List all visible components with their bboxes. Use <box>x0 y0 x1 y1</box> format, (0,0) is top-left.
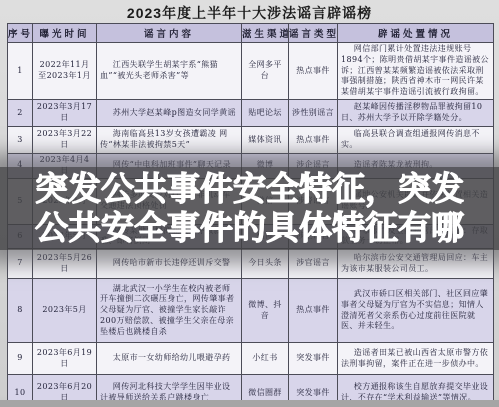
table-row: 82023年5月湖北武汉一小学生在校内被老师开车撞倒二次碾压身亡，网传肇事者父母… <box>8 279 494 343</box>
cell-type: 热点事件 <box>289 127 338 154</box>
photo-margin-bottom <box>0 400 499 407</box>
table-row: 22023年3月17日苏州大学赵某峰p图造女同学黄谣贴吧论坛涉性别谣言赵某峰因传… <box>8 100 494 127</box>
table-header: 序号曝光时间谣言内容滋生渠道谣言类型辟谣处置情况 <box>8 24 494 43</box>
cell-serial: 9 <box>8 343 33 375</box>
cell-channel: 微博、抖音 <box>242 279 289 343</box>
cell-channel: 贴吧论坛 <box>242 100 289 127</box>
cell-type: 涉性别谣言 <box>289 100 338 127</box>
cell-channel: 媒体资讯 <box>242 127 289 154</box>
cell-content: 网传哈市新市长违停还训斥交警 <box>97 249 242 279</box>
cell-type: 突发事件 <box>289 343 338 375</box>
banner-headline-line1: 突发公共事件安全特征，突发 <box>35 170 464 209</box>
column-header-action: 辟谣处置情况 <box>338 24 494 43</box>
cell-channel: 全网多平台 <box>242 43 289 100</box>
table-row: 32023年3月22日海南临高县13岁女孩遭霸凌 网传“林某非法被拘禁5天”媒体… <box>8 127 494 154</box>
cell-time: 2023年5月 <box>33 279 97 343</box>
column-header-channel: 滋生渠道 <box>242 24 289 43</box>
header-row: 序号曝光时间谣言内容滋生渠道谣言类型辟谣处置情况 <box>8 24 494 43</box>
cell-action: 造谣者田某已被山西省太原市警方依法刑事拘留，案件正在进一步侦办中。 <box>338 343 494 375</box>
cell-type: 热点事件 <box>289 279 338 343</box>
cell-time: 2022年11月至2023年1月 <box>33 43 97 100</box>
table-row: 92023年6月19日太原市一女幼师给幼儿喂避孕药小红书突发事件造谣者田某已被山… <box>8 343 494 375</box>
cell-serial: 2 <box>8 100 33 127</box>
cell-content: 太原市一女幼师给幼儿喂避孕药 <box>97 343 242 375</box>
overlay-banner: 突发公共事件安全特征，突发 公共安全事件的具体特征有哪 <box>0 167 499 250</box>
cell-action: 哈尔滨市公安交通管理局回应：车主为该市某服装公司员工。 <box>338 249 494 279</box>
cell-time: 2023年5月26日 <box>33 249 97 279</box>
screenshot-root: 2023年度上半年十大涉法谣言辟谣榜 序号曝光时间谣言内容滋生渠道谣言类型辟谣处… <box>0 0 499 407</box>
column-header-type: 谣言类型 <box>289 24 338 43</box>
column-header-content: 谣言内容 <box>97 24 242 43</box>
cell-serial: 8 <box>8 279 33 343</box>
cell-channel: 今日头条 <box>242 249 289 279</box>
cell-serial: 7 <box>8 249 33 279</box>
cell-type: 热点事件 <box>289 43 338 100</box>
cell-action: 赵某峰因传播淫秽物品罪被拘留10日、苏州大学予以开除学籍处分。 <box>338 100 494 127</box>
banner-headline-line2: 公共安全事件的具体特征有哪 <box>35 209 464 248</box>
cell-time: 2023年6月19日 <box>33 343 97 375</box>
cell-channel: 小红书 <box>242 343 289 375</box>
cell-content: 苏州大学赵某峰p图造女同学黄谣 <box>97 100 242 127</box>
column-header-time: 曝光时间 <box>33 24 97 43</box>
table-row: 12022年11月至2023年1月江西失联学生胡某宇系“熊猫血”“被光头老师杀害… <box>8 43 494 100</box>
cell-time: 2023年3月22日 <box>33 127 97 154</box>
cell-type: 涉官谣言 <box>289 249 338 279</box>
cell-serial: 1 <box>8 43 33 100</box>
cell-content: 海南临高县13岁女孩遭霸凌 网传“林某非法被拘禁5天” <box>97 127 242 154</box>
cell-content: 湖北武汉一小学生在校内被老师开车撞倒二次碾压身亡，网传肇事者父母疑为厅官、被撞学… <box>97 279 242 343</box>
cell-serial: 3 <box>8 127 33 154</box>
cell-action: 临高县联合调查组通报网传消息不实。 <box>338 127 494 154</box>
cell-time: 2023年3月17日 <box>33 100 97 127</box>
cell-content: 江西失联学生胡某宇系“熊猫血”“被光头老师杀害”等 <box>97 43 242 100</box>
table-row: 72023年5月26日网传哈市新市长违停还训斥交警今日头条涉官谣言哈尔滨市公安交… <box>8 249 494 279</box>
cell-action: 武汉市硚口区相关部门、社区回应肇事者父母疑为厅官为不实信息；知情人澄清死者父亲系… <box>338 279 494 343</box>
column-header-serial: 序号 <box>8 24 33 43</box>
page-title: 2023年度上半年十大涉法谣言辟谣榜 <box>0 3 499 23</box>
cell-action: 网信部门累计处置违法违规账号1894个；陈明贵借胡某宇事件造谣被公诉；江西曾某某… <box>338 43 494 100</box>
